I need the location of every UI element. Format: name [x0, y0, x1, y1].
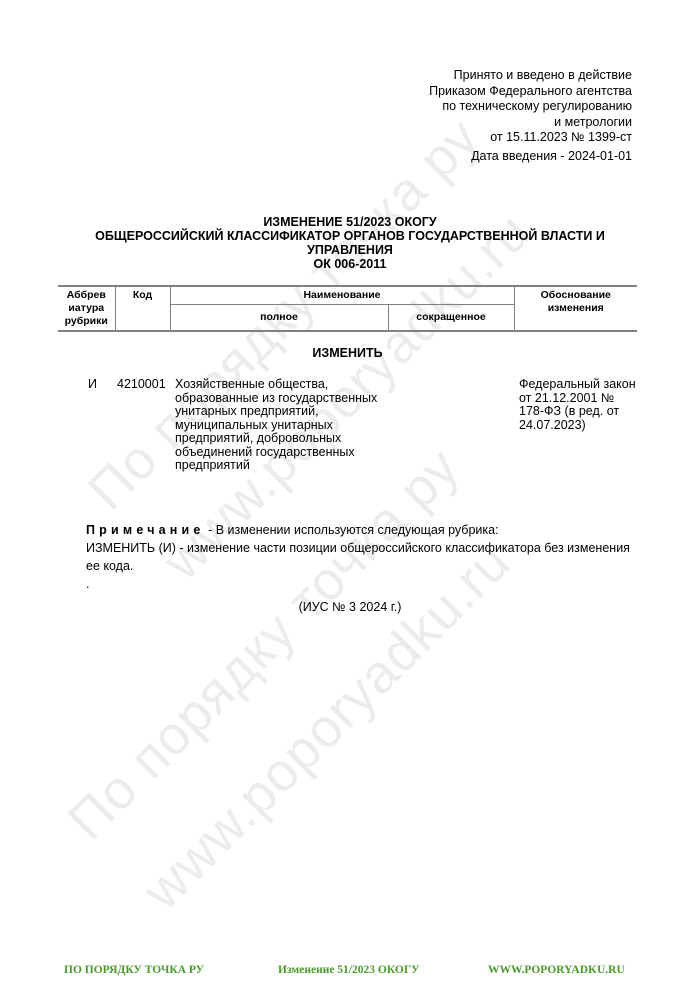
note-label: Примечание: [86, 523, 205, 537]
section-heading: ИЗМЕНИТЬ: [58, 346, 637, 360]
note-block: Примечание - В изменении используются сл…: [86, 521, 646, 593]
title-line: ОБЩЕРОССИЙСКИЙ КЛАССИФИКАТОР ОРГАНОВ ГОС…: [60, 229, 640, 243]
ius-reference: (ИУС № 3 2024 г.): [0, 600, 700, 614]
row-basis: Федеральный закон от 21.12.2001 № 178-ФЗ…: [519, 378, 639, 432]
header-name-full: полное: [170, 305, 388, 332]
note-line-2: ИЗМЕНИТЬ (И) - изменение части позиции о…: [86, 539, 646, 575]
approval-block: Принято и введено в действие Приказом Фе…: [429, 68, 632, 146]
watermark-ru-bottom: По порядку точка ру: [56, 436, 472, 852]
approval-line: и метрологии: [429, 115, 632, 131]
document-title: ИЗМЕНЕНИЕ 51/2023 ОКОГУ ОБЩЕРОССИЙСКИЙ К…: [60, 215, 640, 271]
approval-line: от 15.11.2023 № 1399-ст: [429, 130, 632, 146]
footer-document-name: Изменение 51/2023 ОКОГУ: [278, 964, 420, 976]
title-line: УПРАВЛЕНИЯ: [60, 243, 640, 257]
header-name: Наименование: [170, 286, 514, 305]
header-name-short: сокращенное: [388, 305, 514, 332]
row-code: 4210001: [117, 378, 166, 392]
row-abbr: И: [88, 378, 97, 392]
note-text-1: - В изменении используются следующая руб…: [205, 523, 499, 537]
note-line-3: .: [86, 575, 646, 593]
footer-site-name: ПО ПОРЯДКУ ТОЧКА РУ: [64, 964, 204, 976]
classifier-table-header: Аббрев иатура рубрики Код Наименование О…: [58, 285, 637, 332]
row-name-full: Хозяйственные общества, образованные из …: [175, 378, 385, 473]
header-code: Код: [115, 286, 170, 331]
title-line: ИЗМЕНЕНИЕ 51/2023 ОКОГУ: [60, 215, 640, 229]
footer-site-url[interactable]: WWW.POPORYADKU.RU: [488, 964, 625, 976]
header-abbr: Аббрев иатура рубрики: [58, 286, 115, 331]
approval-line: Принято и введено в действие: [429, 68, 632, 84]
header-basis: Обоснование изменения: [514, 286, 637, 331]
approval-line: Приказом Федерального агентства: [429, 84, 632, 100]
approval-line: по техническому регулированию: [429, 99, 632, 115]
intro-date: Дата введения - 2024-01-01: [471, 149, 632, 163]
title-line: ОК 006-2011: [60, 257, 640, 271]
note-line-1: Примечание - В изменении используются сл…: [86, 521, 646, 539]
document-page: По порядку точка ру www.poporyadku.ru По…: [0, 0, 700, 990]
